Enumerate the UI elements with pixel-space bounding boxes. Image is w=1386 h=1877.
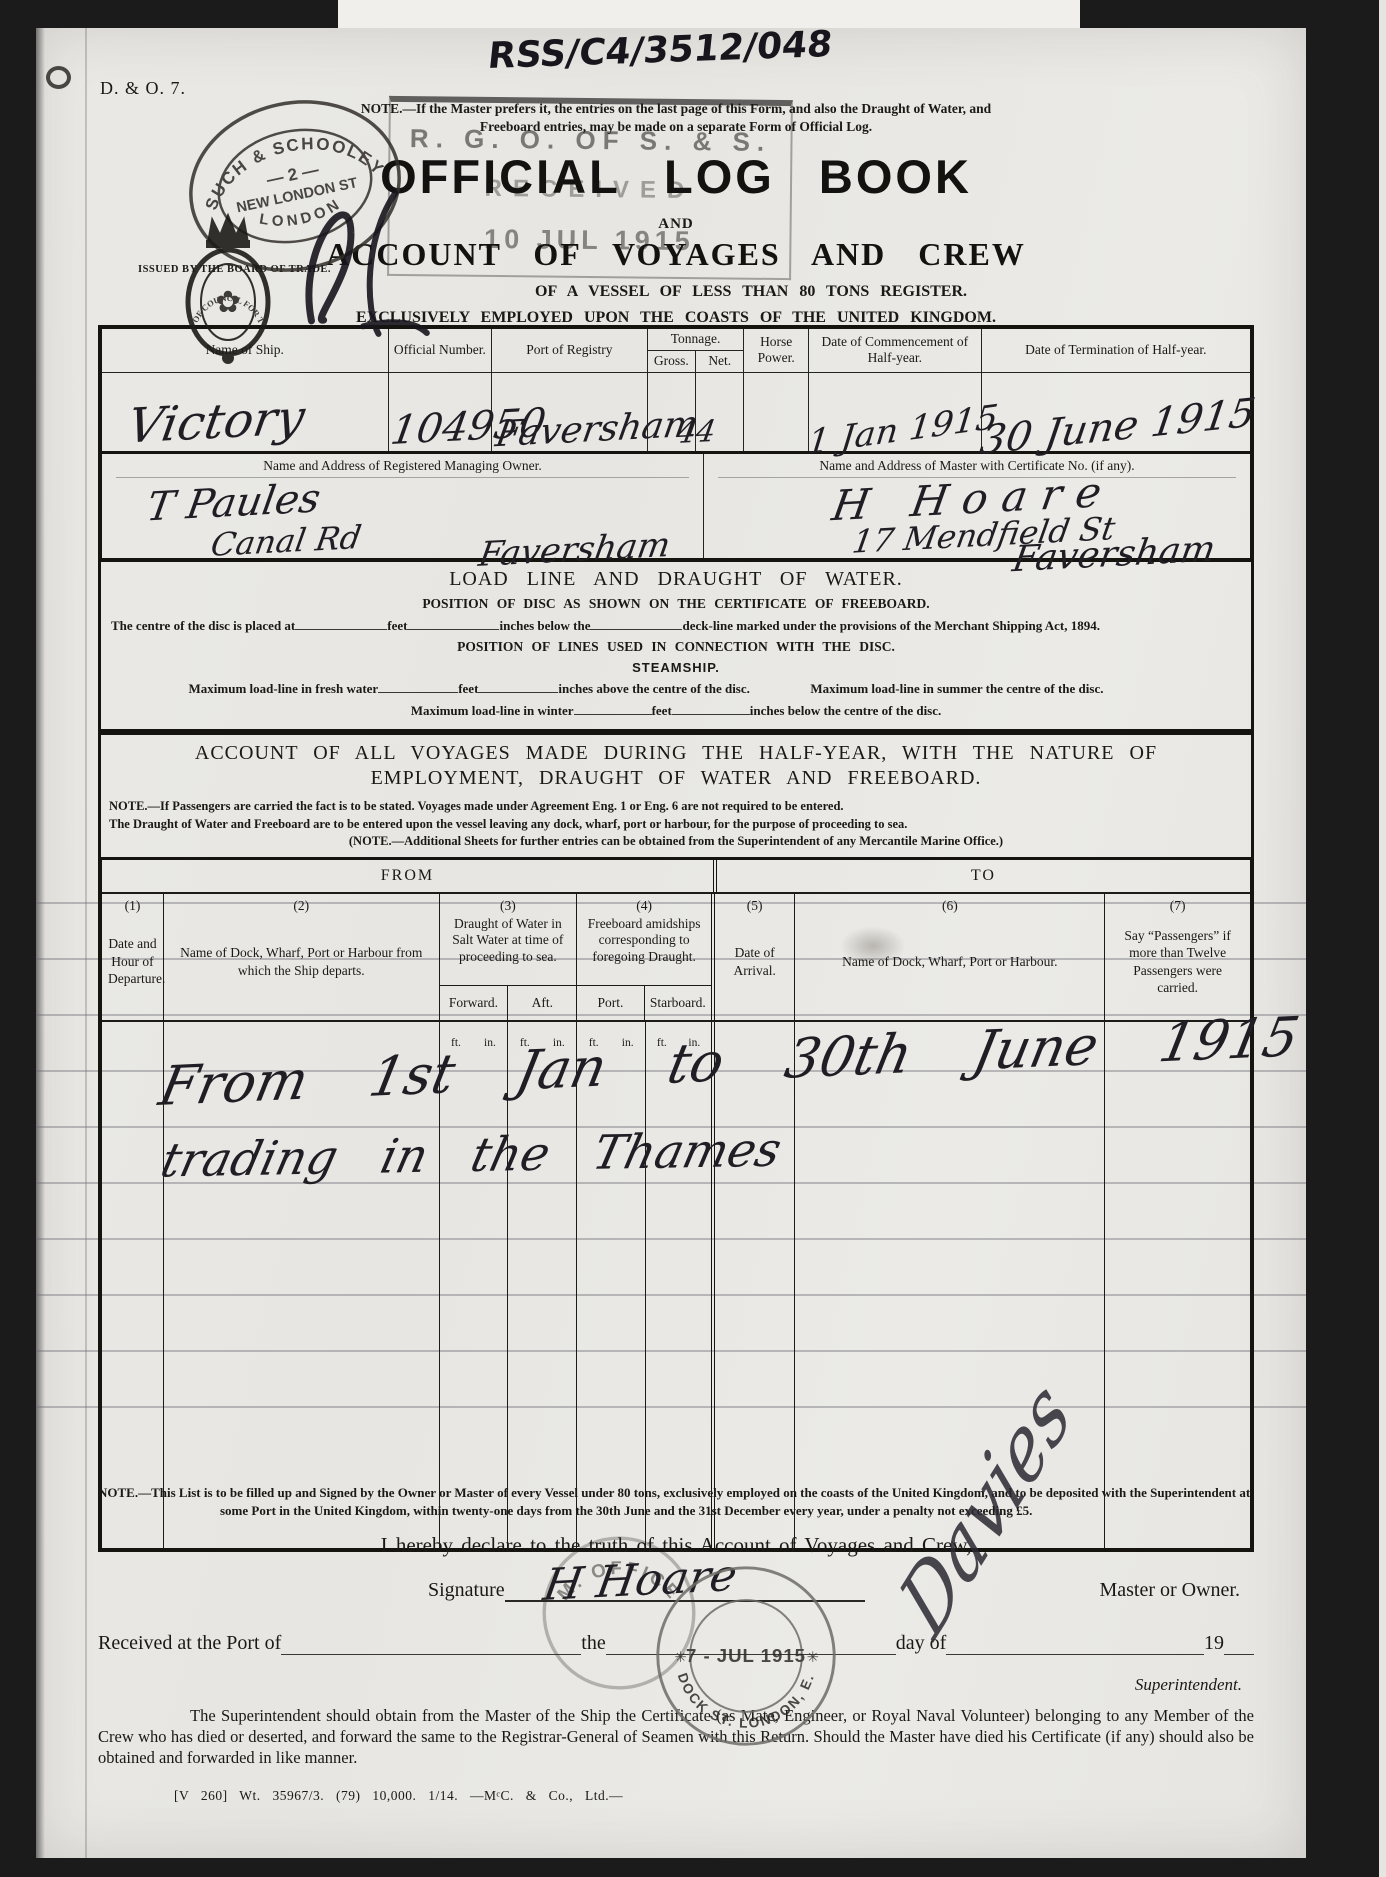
col-gross: Gross. (647, 350, 695, 372)
account-note3: (NOTE.—Additional Sheets for further ent… (109, 834, 1243, 849)
col-tonnage: Tonnage. (647, 327, 744, 350)
received-the: the (581, 1632, 605, 1655)
form-body: Name of Ship. Official Number. Port of R… (98, 325, 1254, 1552)
archive-reference-handwriting: RSS/C4/3512/048 (486, 24, 834, 77)
print-code: [V 260] Wt. 35967/3. (79) 10,000. 1/14. … (174, 1788, 1254, 1804)
title-and: AND (98, 216, 1254, 233)
col-termination: Date of Termination of Half-year. (981, 327, 1252, 372)
received-row: Received at the Port of the day of 19 (98, 1632, 1254, 1655)
signature-line: H Hoare (505, 1574, 865, 1602)
winter-line: Maximum load-line in winterfeetinches be… (111, 702, 1241, 719)
master-signature-handwriting: H Hoare (540, 1550, 741, 1611)
col-port-of-registry: Port of Registry (492, 327, 648, 372)
signature-label: Signature (428, 1579, 505, 1602)
from-group-header: FROM (102, 860, 717, 892)
account-note1: NOTE.—If Passengers are carried the fact… (109, 798, 1243, 815)
received-prefix: Received at the Port of (98, 1632, 281, 1655)
account-note2: The Draught of Water and Freeboard are t… (109, 816, 1243, 833)
col-net: Net. (696, 350, 744, 372)
col3-header: (3) Draught of Water in Salt Water at ti… (440, 894, 578, 1020)
steamship-heading: STEAMSHIP. (111, 660, 1241, 675)
owner-master-section: Name and Address of Registered Managing … (98, 454, 1254, 562)
disc-position-heading: POSITION OF DISC AS SHOWN ON THE CERTIFI… (111, 596, 1241, 612)
col3-aft: Aft. (508, 986, 576, 1020)
scanned-log-book-page: { "meta": { "form_code": "D. & O. 7.", "… (0, 0, 1386, 1877)
vessel-clause: OF A VESSEL OF LESS THAN 80 TONS REGISTE… (98, 283, 1254, 301)
col7-header: (7) Say “Passengers” if more than Twelve… (1105, 894, 1250, 1020)
ship-values-row: Victory 104950 Faversham 44 1 Jan 1915 3… (100, 372, 1252, 452)
fresh-water-line: Maximum load-line in fresh waterfeetinch… (111, 680, 1241, 697)
col2-header: (2) Name of Dock, Wharf, Port or Harbour… (164, 894, 440, 1020)
disc-position-line: The centre of the disc is placed atfeeti… (111, 617, 1241, 634)
issued-by: ISSUED BY THE BOARD OF TRADE. (138, 264, 331, 275)
col-commencement: Date of Commencement of Half-year. (808, 327, 981, 372)
value-official-number: 104950 (388, 372, 492, 452)
page-title: OFFICIAL LOG BOOK (98, 149, 1254, 204)
col-name-of-ship: Name of Ship. (100, 327, 388, 372)
value-termination: 30 June 1915 (981, 372, 1252, 452)
lines-position-heading: POSITION OF LINES USED IN CONNECTION WIT… (111, 639, 1241, 655)
hole-punch (46, 66, 71, 89)
account-heading-line1: ACCOUNT OF ALL VOYAGES MADE DURING THE H… (109, 741, 1243, 766)
summer-line: Maximum load-line in summer the centre o… (810, 681, 1103, 696)
header-note-line1: NOTE.—If the Master prefers it, the entr… (98, 100, 1254, 118)
declaration-section: NOTE.—This List is to be filled up and S… (98, 1484, 1254, 1804)
column-headers: (1) Date and Hour of Departure. (2) Name… (102, 894, 1250, 1022)
col5-header: (5) Date of Arrival. (715, 894, 795, 1020)
owner-half: Name and Address of Registered Managing … (102, 454, 704, 558)
superintendent-note: The Superintendent should obtain from th… (98, 1705, 1254, 1768)
col4-port: Port. (577, 986, 644, 1020)
account-of-voyages-section: ACCOUNT OF ALL VOYAGES MADE DURING THE H… (98, 732, 1254, 857)
voyages-table: FROM TO (1) Date and Hour of Departure. … (98, 857, 1254, 1552)
col-official-number: Official Number. (388, 327, 492, 372)
col3-forward: Forward. (440, 986, 509, 1020)
value-commencement: 1 Jan 1915 (808, 372, 981, 452)
voyage-entry-line2: trading in the Thames (156, 1122, 787, 1188)
filing-note: NOTE.—This List is to be filled up and S… (98, 1484, 1254, 1519)
col1-header: (1) Date and Hour of Departure. (102, 894, 164, 1020)
account-heading-line2: EMPLOYMENT, DRAUGHT OF WATER AND FREEBOA… (109, 766, 1243, 791)
owner-label: Name and Address of Registered Managing … (116, 458, 689, 478)
col-horse-power: Horse Power. (744, 327, 809, 372)
ship-details-table: Name of Ship. Official Number. Port of R… (98, 325, 1254, 454)
col4-starboard: Starboard. (645, 986, 711, 1020)
owner-address1-handwriting: Canal Rd (208, 518, 364, 564)
paper-sheet: D. & O. 7. RSS/C4/3512/048 SUCH & SCHOOL… (36, 28, 1306, 1858)
paper-crease (85, 28, 87, 1858)
superintendent-label: Superintendent. (98, 1675, 1242, 1695)
from-to-header: FROM TO (102, 860, 1250, 894)
scan-edge (1379, 0, 1386, 1877)
masthead: NOTE.—If the Master prefers it, the entr… (98, 72, 1254, 327)
col4-header: (4) Freeboard amidships corresponding to… (577, 894, 715, 1020)
scanner-bed-strip (338, 0, 1080, 30)
header-note-line2: Freeboard entries, may be made on a sepa… (98, 118, 1254, 136)
value-horse-power (744, 372, 809, 452)
to-group-header: TO (717, 860, 1250, 892)
master-half: Name and Address of Master with Certific… (704, 454, 1250, 558)
received-year: 19 (1204, 1632, 1224, 1655)
master-or-owner-label: Master or Owner. (1099, 1579, 1240, 1602)
header-note: NOTE.—If the Master prefers it, the entr… (98, 100, 1254, 135)
load-line-section: LOAD LINE AND DRAUGHT OF WATER. POSITION… (98, 562, 1254, 732)
signature-row: Signature H Hoare Master or Owner. (98, 1574, 1254, 1602)
col6-header: (6) Name of Dock, Wharf, Port or Harbour… (795, 894, 1105, 1020)
value-name-of-ship: Victory (100, 372, 388, 452)
